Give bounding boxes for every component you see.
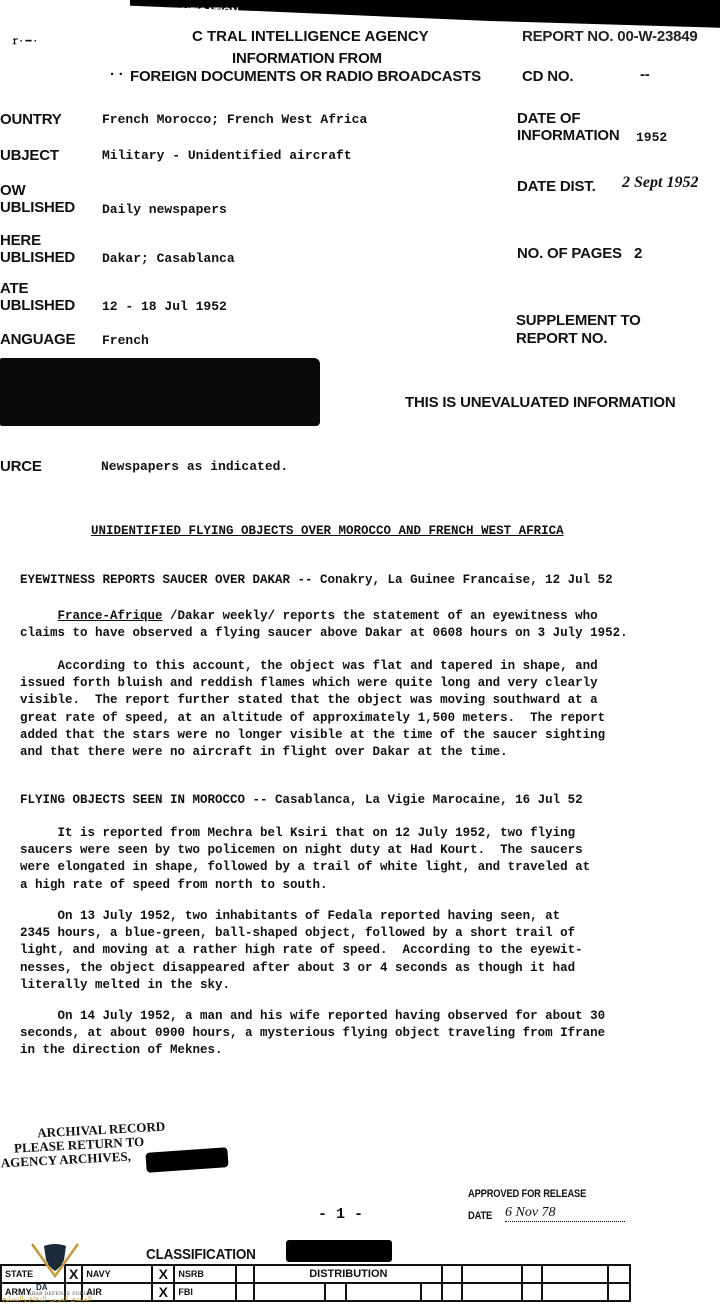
page-number: - 1 - — [318, 1206, 363, 1223]
source-label: URCE — [0, 458, 42, 475]
pages-label: NO. OF PAGES — [517, 245, 622, 262]
dist-fbi: FBI — [174, 1283, 236, 1301]
field-subject-value: Military - Unidentified aircraft — [102, 148, 352, 163]
approval-date-value: 6 Nov 78 — [505, 1205, 625, 1222]
field-date-published-value: 12 - 18 Jul 1952 — [102, 299, 227, 314]
field-where-published-value: Dakar; Casablanca — [102, 251, 235, 266]
section-heading-morocco: FLYING OBJECTS SEEN IN MOROCCO -- Casabl… — [20, 793, 583, 807]
classification-top: CLASSIFICATION — [150, 6, 239, 18]
classification-bottom: CLASSIFICATION — [146, 1246, 256, 1263]
document-title: UNIDENTIFIED FLYING OBJECTS OVER MOROCCO… — [91, 524, 564, 538]
field-how-published-value: Daily newspapers — [102, 202, 227, 217]
paragraph-morocco-1: It is reported from Mechra bel Ksiri tha… — [20, 825, 710, 894]
date-dist-label: DATE DIST. — [517, 178, 596, 195]
approval-date-label: DATE — [468, 1210, 492, 1222]
report-number: REPORT NO. 00-W-23849 — [522, 28, 698, 45]
paragraph-dakar-1: France-Afrique /Dakar weekly/ reports th… — [20, 608, 710, 642]
pages-value: 2 — [634, 245, 642, 262]
field-country-value: French Morocco; French West Africa — [102, 112, 367, 127]
paragraph-dakar-2: According to this account, the object wa… — [20, 658, 710, 761]
dist-mark-fbi: X — [152, 1283, 174, 1301]
cd-no-label: CD NO. — [522, 68, 573, 85]
field-country-label: OUNTRY — [0, 111, 62, 128]
source-france-afrique: France-Afrique — [58, 609, 163, 623]
section-heading-dakar: EYEWITNESS REPORTS SAUCER OVER DAKAR -- … — [20, 573, 613, 587]
field-how-published-label: OW UBLISHED — [0, 182, 75, 216]
stamp-redaction — [145, 1147, 228, 1173]
redaction-block — [0, 358, 320, 426]
info-from: INFORMATION FROM — [232, 50, 382, 67]
unevaluated-notice: THIS IS UNEVALUATED INFORMATION — [405, 394, 675, 411]
source-value: Newspapers as indicated. — [101, 459, 288, 474]
field-language-value: French — [102, 333, 149, 348]
supplement-label: SUPPLEMENT TO REPORT NO. — [516, 312, 641, 348]
paragraph-morocco-3: On 14 July 1952, a man and his wife repo… — [20, 1008, 710, 1060]
field-language-label: ANGUAGE — [0, 331, 75, 348]
field-date-published-label: ATE UBLISHED — [0, 280, 75, 314]
field-subject-label: UBJECT — [0, 147, 59, 164]
date-of-info-label: DATE OF INFORMATION — [517, 110, 620, 144]
dist-navy: NAVY — [82, 1265, 152, 1283]
distribution-label: DISTRIBUTION — [254, 1265, 442, 1283]
agency-name: C TRAL INTELLIGENCE AGENCY — [192, 28, 429, 45]
approved-for-release: APPROVED FOR RELEASE — [468, 1188, 586, 1200]
scan-mark: ｒ· ━ · — [10, 32, 37, 47]
date-of-info-value: 1952 — [636, 130, 667, 145]
date-dist-value: 2 Sept 1952 — [622, 174, 698, 192]
cd-no-value: -- — [640, 66, 650, 83]
distribution-table: STATE X NAVY X NSRB DISTRIBUTION ARMY AI… — [0, 1264, 631, 1302]
classification-redaction — [286, 1240, 392, 1262]
watermark-logo-icon — [30, 1240, 80, 1280]
foreign-docs: FOREIGN DOCUMENTS OR RADIO BROADCASTS — [130, 68, 481, 85]
dist-nsrb: NSRB — [174, 1265, 236, 1283]
scan-dots: · · — [110, 66, 124, 83]
paragraph-morocco-2: On 13 July 1952, two inhabitants of Feda… — [20, 908, 710, 994]
archival-stamp: ARCHIVAL RECORD PLEASE RETURN TO AGENCY … — [0, 1120, 167, 1171]
field-where-published-label: HERE UBLISHED — [0, 232, 75, 266]
watermark-arabic: المنتدى العربي للدفاع والتسليح — [2, 1295, 92, 1303]
dist-mark-nsrb: X — [152, 1265, 174, 1283]
